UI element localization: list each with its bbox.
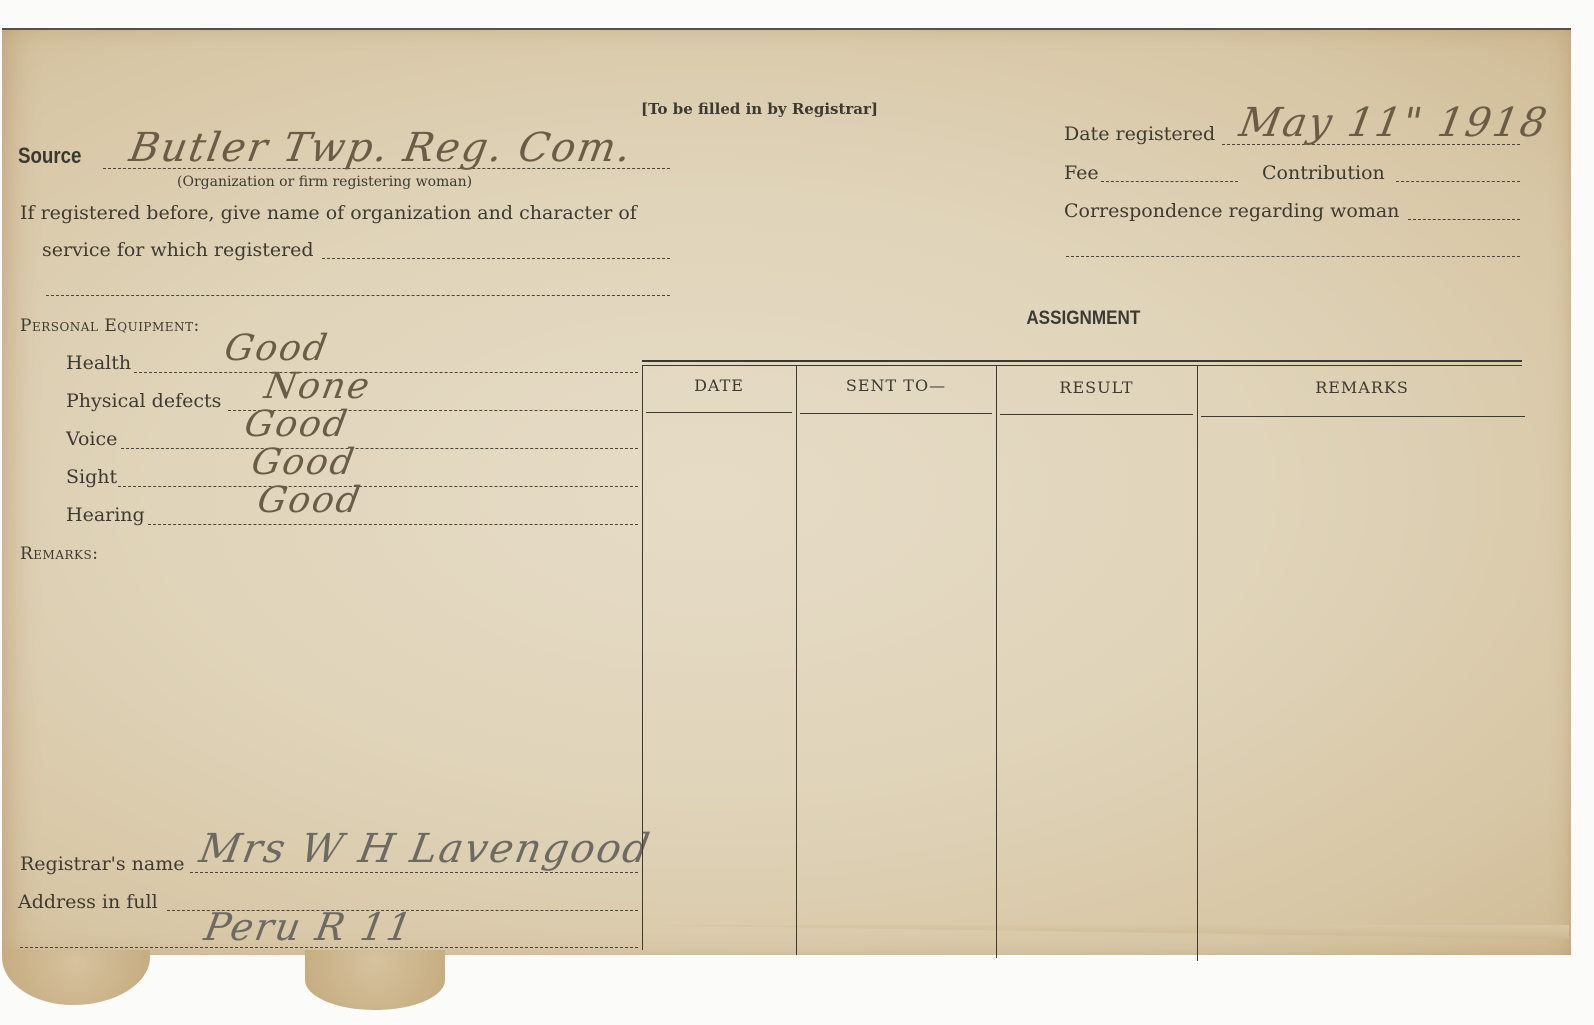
sight-value[interactable]: Good <box>248 442 358 483</box>
previous-registration-line1: If registered before, give name of organ… <box>20 202 637 224</box>
header-underline-remarks <box>1201 416 1525 417</box>
column-header-date: DATE <box>642 376 796 395</box>
personal-equipment-title: Personal Equipment: <box>20 316 200 336</box>
source-value[interactable]: Butler Twp. Reg. Com. <box>126 125 636 171</box>
physical-defects-value[interactable]: None <box>261 366 374 407</box>
registrar-name-value[interactable]: Mrs W H Lavengood <box>196 826 655 872</box>
assignment-sent-to-cells[interactable] <box>798 418 994 938</box>
sight-label: Sight <box>66 466 117 488</box>
health-value[interactable]: Good <box>221 328 331 369</box>
contribution-label: Contribution <box>1262 162 1385 184</box>
address-value[interactable]: Peru R 11 <box>201 905 417 949</box>
source-label: Source <box>18 143 81 169</box>
column-divider-2 <box>996 365 997 958</box>
voice-value[interactable]: Good <box>241 404 351 445</box>
header-underline-result <box>1000 414 1193 415</box>
health-field-line <box>134 372 638 373</box>
correspondence-field-line-2[interactable] <box>1066 256 1520 257</box>
previous-registration-field-line-1[interactable] <box>322 258 670 259</box>
header-underline-sent-to <box>800 413 992 414</box>
contribution-field-line[interactable] <box>1396 181 1520 182</box>
fee-label: Fee <box>1064 162 1099 184</box>
assignment-top-rule-2 <box>642 365 1522 366</box>
sight-field-line <box>118 486 638 487</box>
source-caption: (Organization or firm registering woman) <box>177 174 472 190</box>
date-registered-value[interactable]: May 11" 1918 <box>1236 100 1552 146</box>
hearing-value[interactable]: Good <box>254 480 364 521</box>
column-divider-1 <box>796 365 797 955</box>
remarks-label: Remarks: <box>20 544 98 564</box>
assignment-remarks-cells[interactable] <box>1199 418 1524 938</box>
remarks-area[interactable] <box>20 570 630 830</box>
header-underline-date <box>646 412 792 413</box>
previous-registration-line2: service for which registered <box>42 239 314 261</box>
registrar-note: [To be filled in by Registrar] <box>641 100 878 118</box>
hearing-field-line <box>148 524 638 525</box>
assignment-date-cells[interactable] <box>644 418 794 938</box>
registrar-name-field-line <box>190 872 638 873</box>
address-label: Address in full <box>18 891 158 913</box>
registrar-name-label: Registrar's name <box>20 853 185 875</box>
date-registered-label: Date registered <box>1064 123 1215 145</box>
voice-field-line <box>121 448 638 449</box>
hearing-label: Hearing <box>66 504 145 526</box>
assignment-title: ASSIGNMENT <box>1026 308 1140 330</box>
voice-label: Voice <box>66 428 117 450</box>
correspondence-field-line-1[interactable] <box>1408 219 1520 220</box>
assignment-result-cells[interactable] <box>998 418 1195 938</box>
column-divider-3 <box>1197 365 1198 961</box>
card-tab-right <box>305 950 445 1010</box>
physical-defects-label: Physical defects <box>66 390 221 412</box>
correspondence-label: Correspondence regarding woman <box>1064 200 1399 222</box>
previous-registration-field-line-2[interactable] <box>46 295 670 296</box>
column-header-result: RESULT <box>996 378 1197 397</box>
health-label: Health <box>66 352 131 374</box>
assignment-top-rule-1 <box>642 360 1522 362</box>
fee-field-line[interactable] <box>1101 181 1238 182</box>
column-header-remarks: REMARKS <box>1197 378 1527 397</box>
column-header-sent-to: SENT TO— <box>796 376 996 395</box>
card-tab-left <box>2 950 150 1005</box>
table-border-left <box>642 365 643 950</box>
